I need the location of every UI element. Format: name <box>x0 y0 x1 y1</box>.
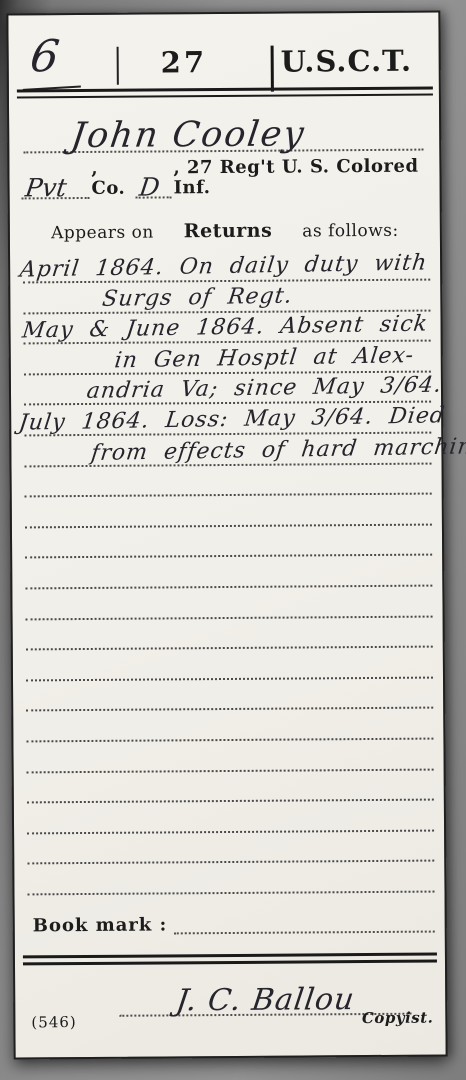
return-entry: in Gen Hosptl at Alex- <box>113 345 415 372</box>
header-rule <box>17 87 433 99</box>
footer-rule <box>23 953 437 966</box>
rank-blank: Pvt <box>21 167 89 199</box>
appears-on-prefix: Appears on <box>51 223 154 244</box>
ruled-line <box>25 554 432 559</box>
ruled-line <box>27 768 434 773</box>
return-entry: Surgs of Regt. <box>101 285 294 310</box>
ruled-line <box>27 799 434 804</box>
rank-line: Pvt , Co. D , 27 Reg't U. S. Colored Inf… <box>21 159 433 200</box>
return-entry: July 1864. Loss: May 3/64. Died <box>18 405 447 434</box>
ruled-line <box>27 829 434 834</box>
ruled-line <box>26 738 433 743</box>
soldier-name: John Cooley <box>69 117 308 154</box>
regiment-text: , 27 Reg't U. S. Colored Inf. <box>171 157 433 198</box>
copyist-signature: J. C. Ballou <box>174 985 356 1016</box>
regiment-number: 27 <box>161 48 208 77</box>
return-entry: from effects of hard marching <box>90 436 466 465</box>
ruled-line <box>27 891 434 896</box>
ruled-line <box>27 860 434 865</box>
return-entry: andria Va; since May 3/64. <box>85 375 443 403</box>
organization-abbreviation: U.S.C.T. <box>281 47 413 77</box>
appears-on-suffix: as follows: <box>302 221 399 242</box>
soldier-rank: Pvt <box>24 173 69 202</box>
book-mark-row: Book mark : <box>33 915 435 936</box>
header-divider-2 <box>271 46 274 92</box>
copyist-label: Copyist. <box>362 1009 434 1027</box>
header-divider-1 <box>117 47 119 85</box>
ruled-line <box>25 523 432 528</box>
entry-ruling: April 1864. On daily duty withSurgs of R… <box>10 253 445 920</box>
card-number: (546) <box>31 1013 76 1031</box>
company-mark: 6 <box>28 35 62 79</box>
record-type: Returns <box>184 220 273 243</box>
ruled-line <box>26 707 433 712</box>
company-label: , Co. <box>89 159 136 199</box>
return-entry: May & June 1864. Absent sick <box>21 314 429 343</box>
soldier-company: D <box>138 172 162 201</box>
book-mark-label: Book mark : <box>33 916 168 935</box>
ruled-line <box>26 615 433 620</box>
ruled-line <box>25 585 432 590</box>
return-entry: April 1864. On daily duty with <box>19 252 429 281</box>
name-line: John Cooley <box>23 111 423 154</box>
company-blank: D <box>136 166 172 198</box>
book-mark-blank <box>173 917 435 935</box>
ruled-line <box>26 646 433 651</box>
appears-on-line: Appears on Returns as follows: <box>10 219 440 244</box>
ruled-line <box>25 493 432 498</box>
ruled-line <box>26 676 433 681</box>
record-card: 6 27 U.S.C.T. John Cooley Pvt , Co. D , … <box>6 10 447 1059</box>
